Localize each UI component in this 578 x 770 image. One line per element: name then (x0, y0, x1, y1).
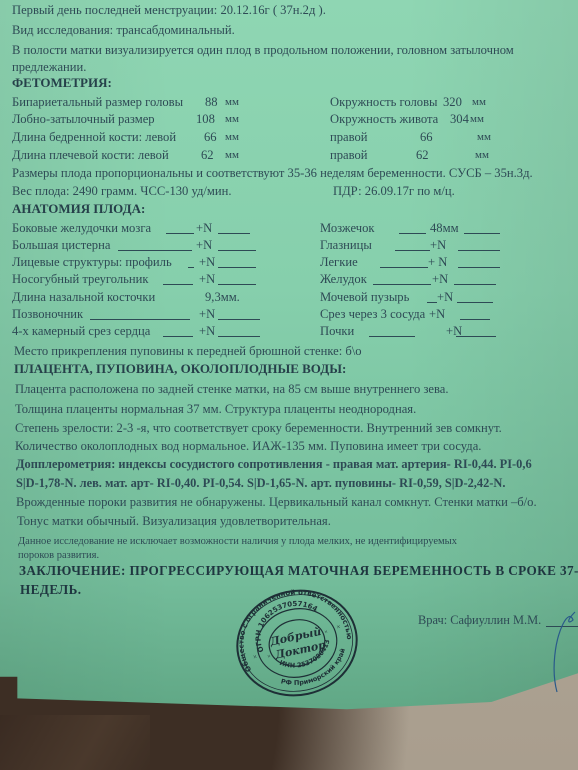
anatomy-label: Позвоночник (12, 306, 83, 322)
fill-in-line (454, 284, 496, 285)
signature-mark (553, 610, 578, 695)
fill-in-line (395, 250, 430, 251)
fetometry-left-value: 108 (196, 111, 215, 127)
anatomy-label: Боковые желудочки мозга (12, 220, 151, 236)
fill-in-line (90, 319, 190, 320)
organization-stamp: Общество с ограниченной ответственностью… (233, 588, 361, 698)
conclusion-line-1: ЗАКЛЮЧЕНИЕ: ПРОГРЕССИРУЮЩАЯ МАТОЧНАЯ БЕР… (19, 563, 578, 579)
anatomy-label: Носогубный треугольник (12, 271, 149, 287)
lmp-line: Первый день последней менструации: 20.12… (12, 2, 326, 18)
placenta-title: ПЛАЦЕНТА, ПУПОВИНА, ОКОЛОПЛОДНЫЕ ВОДЫ: (14, 361, 346, 377)
anatomy-label: Срез через 3 сосуда (320, 306, 425, 322)
anatomy-label: 4-х камерный срез сердца (12, 323, 150, 339)
fill-in-line (457, 302, 493, 303)
stamp-star-icon: × (336, 623, 342, 632)
anatomy-value: +N (199, 323, 215, 339)
anatomy-label: Лицевые структуры: профиль (12, 254, 172, 270)
placenta-line-4: Количество околоплодных вод нормальное. … (15, 438, 481, 454)
placenta-line-1: Плацента расположена по задней стенке ма… (15, 381, 449, 397)
fetometry-right-label: правой (330, 147, 368, 163)
fetometry-right-label: Окружность живота (330, 111, 438, 127)
anatomy-value: + N (428, 254, 447, 270)
fill-in-line (218, 233, 250, 234)
anatomy-value: +N (196, 220, 212, 236)
anatomy-label: Почки (320, 323, 354, 339)
anatomy-label: Длина назальной косточки (12, 289, 155, 305)
fetometry-right-unit: мм (472, 94, 486, 110)
anatomy-value: +N (432, 271, 448, 287)
fetus-position-line-1: В полости матки визуализируется один пло… (12, 42, 514, 58)
fetometry-left-value: 62 (201, 147, 214, 163)
anatomy-value: 9,3мм. (205, 289, 240, 305)
fetometry-left-label: Длина плечевой кости: левой (12, 147, 169, 163)
placenta-line-2: Толщина плаценты нормальная 37 мм. Струк… (15, 401, 416, 417)
anatomy-label: Мочевой пузырь (320, 289, 409, 305)
fetus-position-line-2: предлежании. (12, 59, 86, 75)
fill-in-line (369, 336, 415, 337)
anatomy-label: Глазницы (320, 237, 372, 253)
anatomy-value: +N (429, 306, 445, 322)
stamp-star-icon: × (267, 654, 272, 661)
findings-line-1: Врожденные пороки развития не обнаружены… (16, 494, 537, 510)
anatomy-value: +N (199, 271, 215, 287)
fetometry-left-unit: мм (225, 129, 239, 145)
anatomy-label: Желудок (320, 271, 367, 287)
fetometry-left-label: Лобно-затылочный размер (12, 111, 155, 127)
fetal-weight-heartrate: Вес плода: 2490 грамм. ЧСС-130 уд/мин. (12, 183, 232, 199)
exam-type-line: Вид исследования: трансабдоминальный. (12, 22, 235, 38)
fetometry-right-value: 320 (443, 94, 462, 110)
fill-in-line (188, 267, 194, 268)
anatomy-label: Мозжечок (320, 220, 375, 236)
fill-in-line (118, 250, 192, 251)
fill-in-line (399, 233, 426, 234)
fetometry-left-value: 88 (205, 94, 218, 110)
fill-in-line (456, 336, 496, 337)
fill-in-line (218, 319, 260, 320)
fetometry-title: ФЕТОМЕТРИЯ: (12, 75, 112, 91)
fill-in-line (218, 267, 256, 268)
fetometry-right-unit: мм (477, 129, 491, 145)
fill-in-line (380, 267, 428, 268)
doppler-line-1: Допплерометрия: индексы сосудистого сопр… (16, 456, 532, 472)
umbilical-attachment: Место прикрепления пуповины к передней б… (14, 343, 362, 359)
anatomy-value: +N (199, 254, 215, 270)
disclaimer-line-2: пороков развития. (18, 548, 99, 564)
fetometry-left-label: Бипариетальный размер головы (12, 94, 183, 110)
fill-in-line (373, 284, 431, 285)
anatomy-label: Большая цистерна (12, 237, 110, 253)
fill-in-line (458, 267, 500, 268)
fetometry-left-value: 66 (204, 129, 217, 145)
fetometry-right-label: Окружность головы (330, 94, 437, 110)
anatomy-value: +N (199, 306, 215, 322)
fetometry-left-unit: мм (225, 111, 239, 127)
fill-in-line (427, 302, 437, 303)
fetometry-right-label: правой (330, 129, 368, 145)
anatomy-label: Легкие (320, 254, 358, 270)
anatomy-value: +N (437, 289, 453, 305)
findings-line-2: Тонус матки обычный. Визуализация удовле… (17, 513, 331, 529)
fill-in-line (163, 336, 193, 337)
fill-in-line (218, 336, 260, 337)
fill-in-line (218, 250, 256, 251)
fetometry-right-unit: мм (470, 111, 484, 127)
fetometry-right-value: 66 (420, 129, 433, 145)
fill-in-line (166, 233, 194, 234)
fetometry-summary: Размеры плода пропорциональны и соответс… (12, 165, 533, 181)
due-date: ПДР: 26.09.17г по м/ц. (333, 183, 455, 199)
doctor-name: Врач: Сафиуллин М.М. (418, 612, 541, 628)
fill-in-line (218, 284, 256, 285)
anatomy-value: +N (196, 237, 212, 253)
fetometry-right-value: 62 (416, 147, 429, 163)
stamp-star-icon: × (324, 629, 329, 636)
background-shadow (0, 715, 150, 770)
conclusion-line-2: НЕДЕЛЬ. (20, 582, 81, 598)
fill-in-line (464, 233, 500, 234)
fill-in-line (460, 319, 490, 320)
fetometry-left-unit: мм (225, 94, 239, 110)
fill-in-line (163, 284, 193, 285)
fill-in-line (458, 250, 500, 251)
anatomy-value: 48мм (430, 220, 459, 236)
fetometry-right-unit: мм (475, 147, 489, 163)
fetometry-left-label: Длина бедренной кости: левой (12, 129, 176, 145)
fetometry-right-value: 304 (450, 111, 469, 127)
anatomy-title: АНАТОМИЯ ПЛОДА: (12, 201, 145, 217)
anatomy-value: +N (430, 237, 446, 253)
fetometry-left-unit: мм (225, 147, 239, 163)
stamp-star-icon: × (252, 653, 258, 662)
doppler-line-2: S|D-1,78-N. лев. мат. арт- RI-0,40. PI-0… (16, 475, 505, 491)
placenta-line-3: Степень зрелости: 2-3 -я, что соответств… (15, 420, 502, 436)
